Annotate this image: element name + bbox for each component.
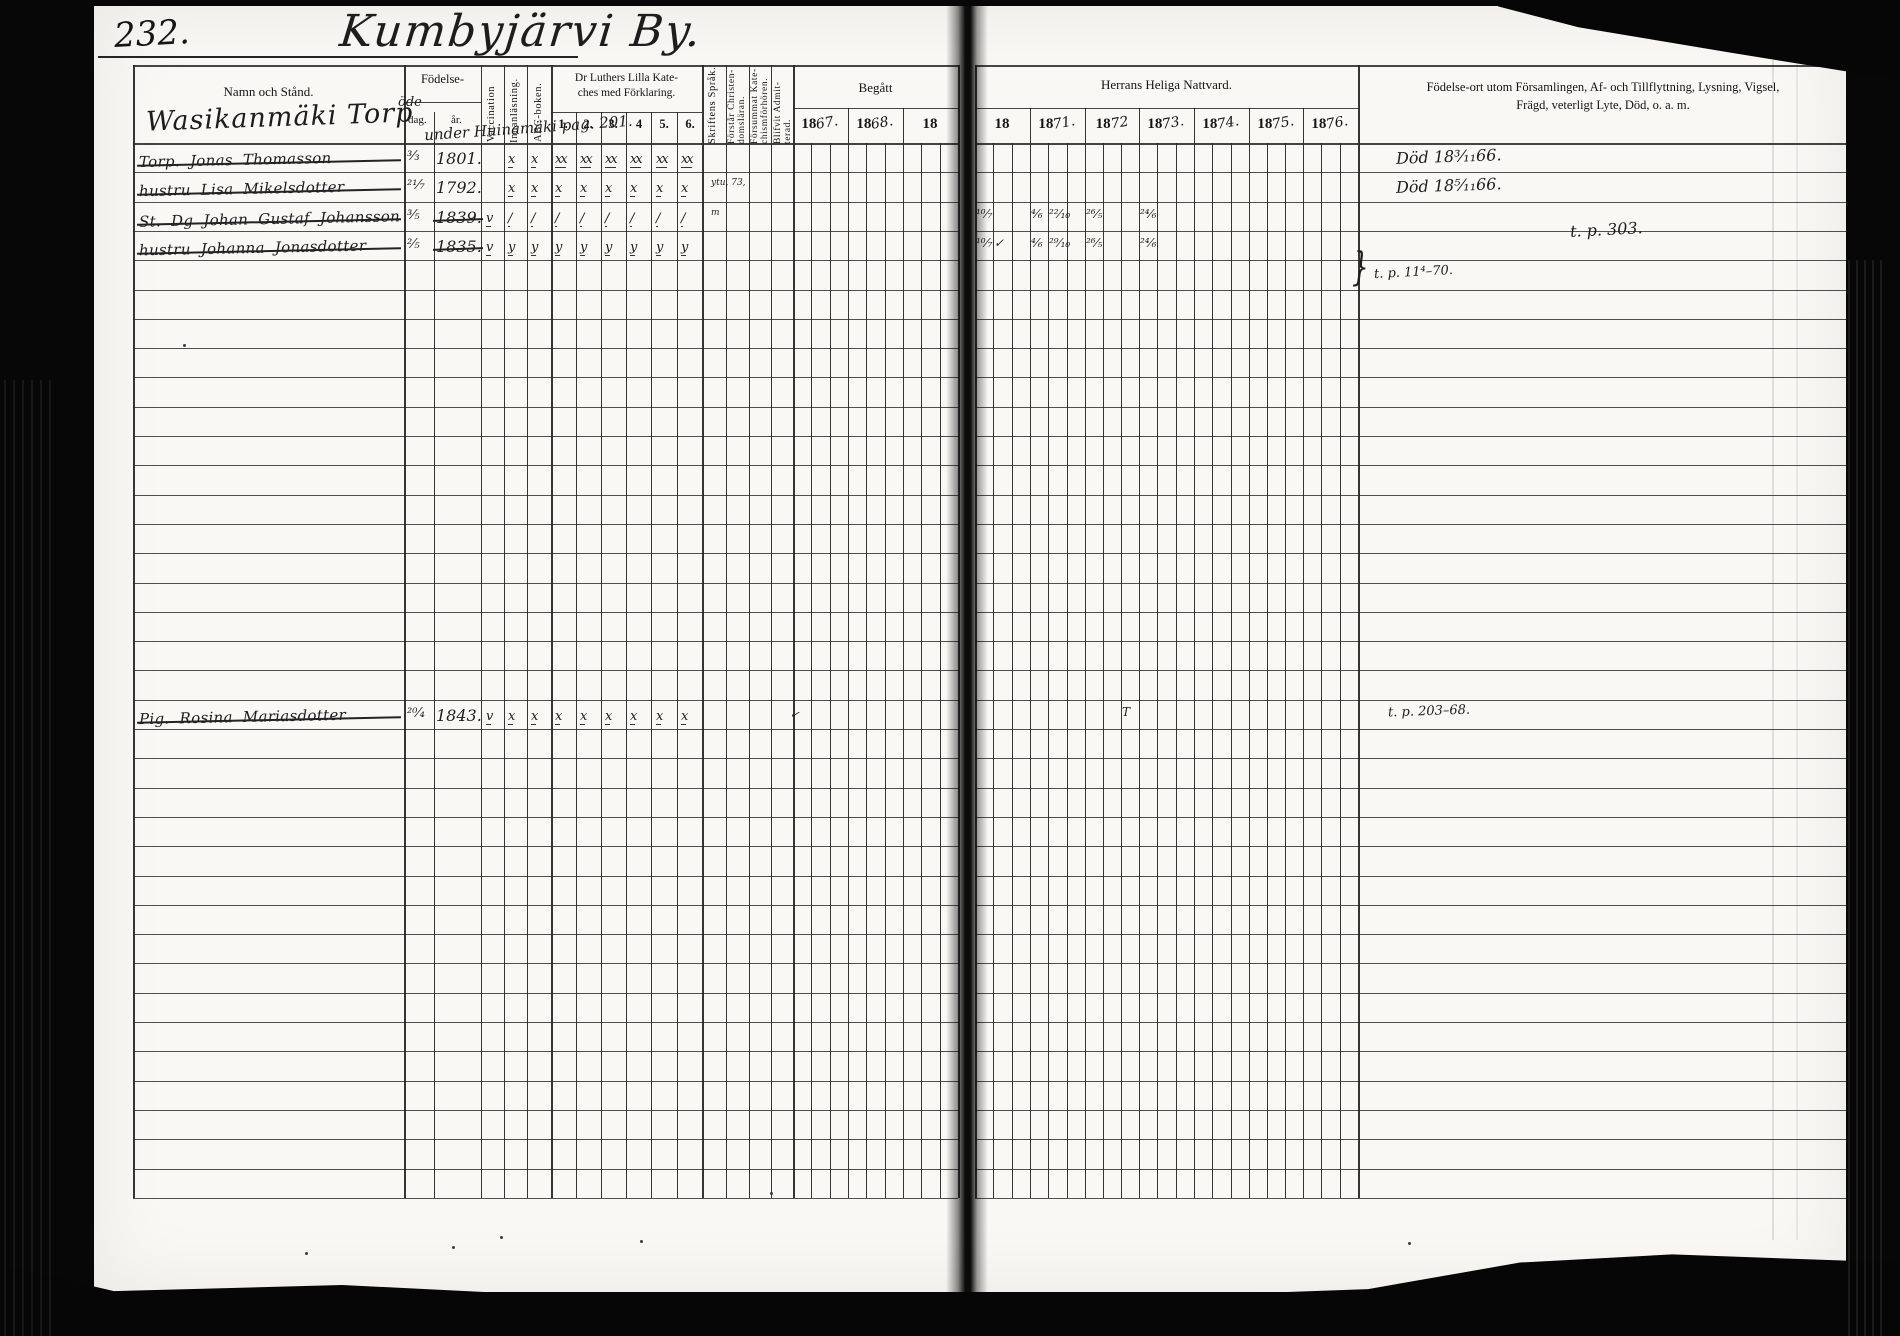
page-crease bbox=[1772, 60, 1774, 1240]
col-vaccination: Vaccination bbox=[486, 68, 497, 142]
scan-streaks-left bbox=[4, 380, 56, 1336]
col-begatt: Begått bbox=[793, 80, 958, 96]
scan-streaks-right bbox=[1848, 260, 1882, 1336]
col-forsummat-1: Försummat Kate- bbox=[750, 66, 760, 144]
col-fodelse: Födelse- bbox=[404, 72, 481, 87]
col-fodelse-ar: år. bbox=[451, 114, 462, 126]
book-fold bbox=[946, 6, 988, 1292]
col-forsummat-2: chismförhören. bbox=[760, 66, 770, 144]
page-crease bbox=[1796, 60, 1798, 1240]
col-abc-boken: ABC-boken. bbox=[533, 68, 544, 142]
col-skriftens-sprak: Skriftens Språk. bbox=[707, 66, 718, 144]
col-blifvit-1: Blifvit Admit- bbox=[773, 66, 783, 144]
col-kateches-line2: ches med Förklaring. bbox=[551, 87, 702, 99]
col-forstar-2: domsläran. bbox=[737, 66, 747, 144]
page-number: 232. bbox=[113, 12, 191, 56]
col-kateches-line1: Dr Luthers Lilla Kate- bbox=[551, 72, 702, 84]
col-fodelse-dag: dag. bbox=[408, 114, 427, 126]
title-rule bbox=[98, 56, 578, 58]
col-nattvard: Herrans Heliga Nattvard. bbox=[975, 77, 1358, 93]
document-scan: 1.2.3.45.6.1867.1868.18181871.18721873.1… bbox=[0, 0, 1900, 1336]
col-namn-och-stand: Namn och Stånd. bbox=[133, 84, 404, 100]
page-title: Kumbyjärvi By. bbox=[337, 6, 705, 57]
col-innanlasning: Innanläsning. bbox=[509, 67, 520, 143]
col-blifvit-2: terad. bbox=[783, 66, 793, 144]
col-forstar-1: Förstår Christen- bbox=[727, 66, 737, 144]
